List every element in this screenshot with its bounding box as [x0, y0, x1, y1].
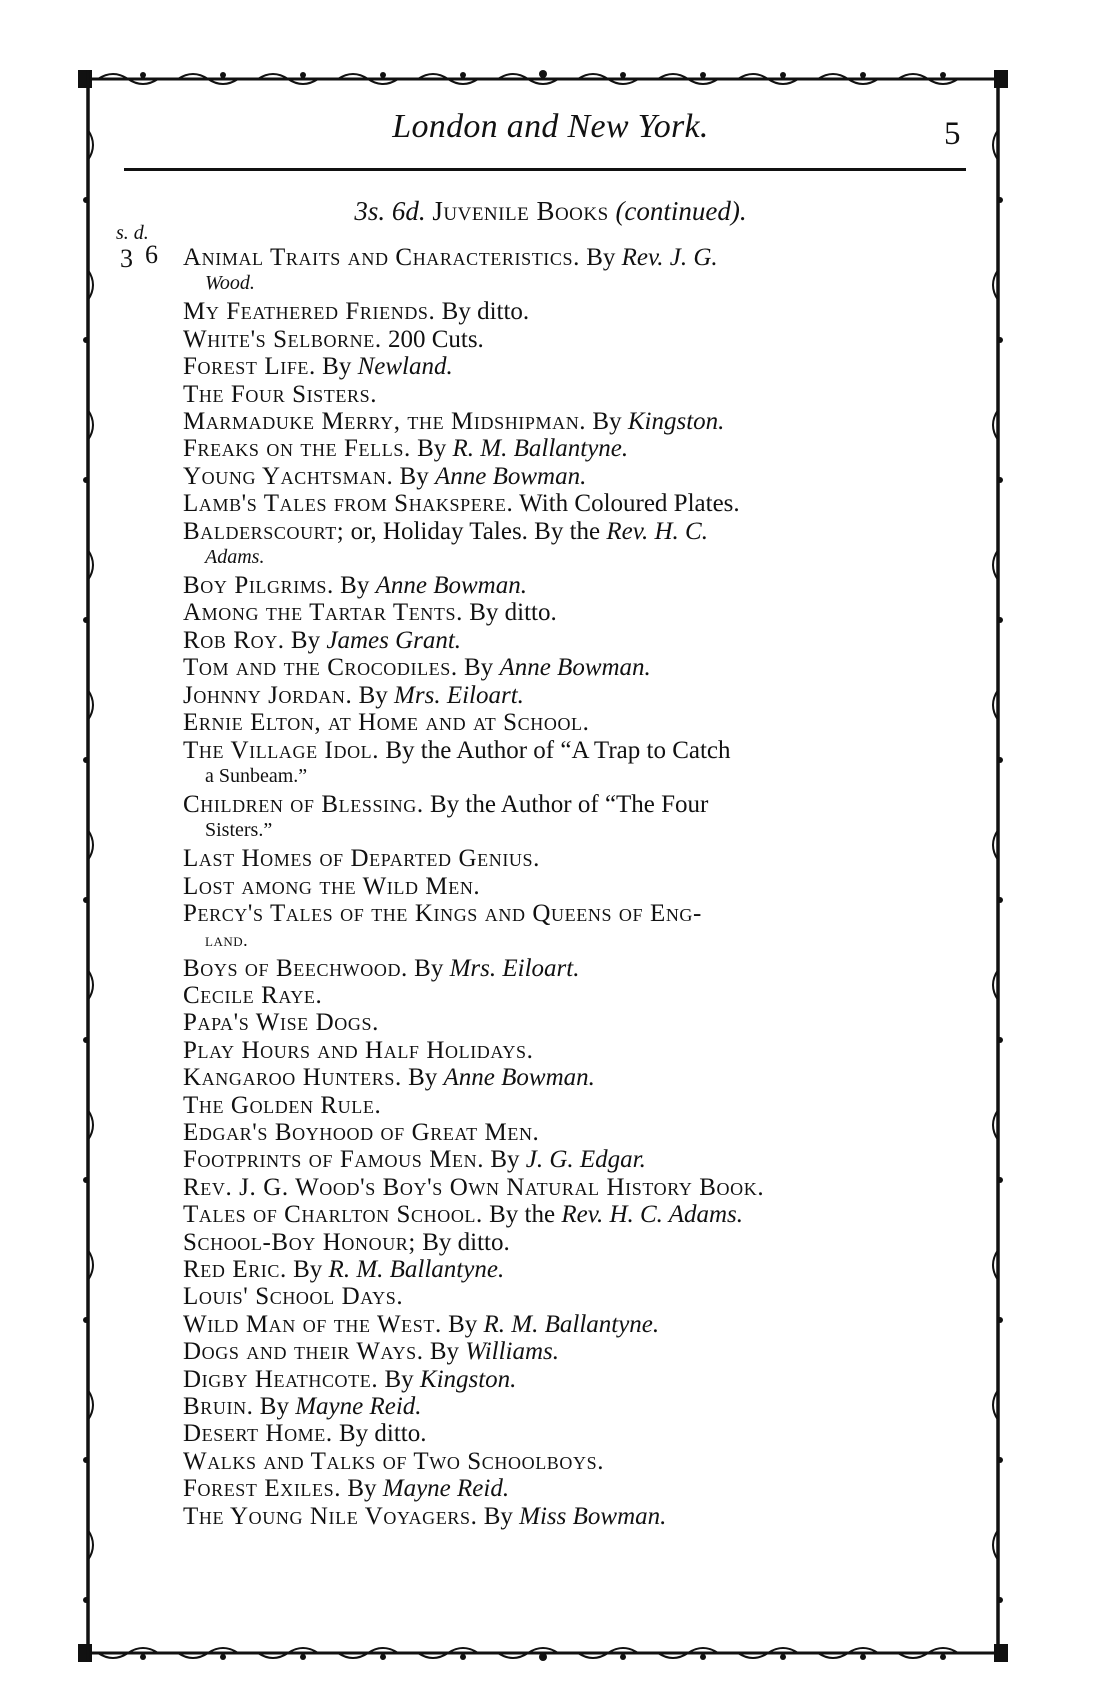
book-title: The Village Idol. — [183, 737, 379, 764]
book-note: By — [442, 1311, 484, 1338]
book-note: By — [334, 572, 376, 599]
book-title: Tales of Charlton School. — [183, 1201, 483, 1228]
book-title: Ernie Elton, at Home and at School. — [183, 709, 590, 736]
book-author: Kingston. — [420, 1366, 517, 1393]
book-author: Anne Bowman. — [435, 463, 586, 490]
book-author: Rev. H. C. Adams. — [561, 1201, 743, 1228]
book-title: The Four Sisters. — [183, 381, 377, 408]
list-item: Tom and the Crocodiles. By Anne Bowman. — [183, 654, 973, 681]
book-note: By — [285, 627, 327, 654]
book-note: By — [316, 353, 358, 380]
book-title: White's Selborne. — [183, 326, 382, 353]
book-note: By — [424, 1338, 466, 1365]
book-title: Desert Home. — [183, 1420, 333, 1447]
list-item: The Young Nile Voyagers. By Miss Bowman. — [183, 1503, 973, 1530]
book-title: Balderscourt; — [183, 518, 344, 545]
book-note: 200 Cuts. — [382, 326, 484, 353]
list-item: Rob Roy. By James Grant. — [183, 627, 973, 654]
list-item: Wild Man of the West. By R. M. Ballantyn… — [183, 1311, 973, 1338]
list-item: Balderscourt; or, Holiday Tales. By the … — [183, 518, 973, 569]
book-author: Anne Bowman. — [376, 572, 527, 599]
list-item: Johnny Jordan. By Mrs. Eiloart. — [183, 682, 973, 709]
list-item: Forest Life. By Newland. — [183, 353, 973, 380]
list-item: The Golden Rule. — [183, 1092, 973, 1119]
section-title: Juvenile Books — [432, 196, 608, 226]
vine-border-top-icon — [78, 70, 1008, 88]
list-item: Forest Exiles. By Mayne Reid. — [183, 1475, 973, 1502]
list-item: Bruin. By Mayne Reid. — [183, 1393, 973, 1420]
book-author: Mrs. Eiloart. — [394, 682, 524, 709]
price-pence: 6 — [145, 240, 158, 269]
book-author: J. G. Edgar. — [526, 1146, 646, 1173]
list-item: Boy Pilgrims. By Anne Bowman. — [183, 572, 973, 599]
vine-border-left-icon — [78, 70, 98, 1662]
book-continuation: Adams. — [183, 545, 973, 569]
book-note: By the — [483, 1201, 561, 1228]
book-title: Bruin. — [183, 1393, 254, 1420]
book-title: Walks and Talks of Two Schoolboys. — [183, 1448, 604, 1475]
list-item: Among the Tartar Tents. By ditto. — [183, 599, 973, 626]
book-continuation: Wood. — [183, 271, 973, 295]
book-author: Mrs. Eiloart. — [450, 955, 580, 982]
book-note: By — [458, 654, 500, 681]
book-author: Newland. — [358, 353, 453, 380]
book-continuation: a Sunbeam.” — [183, 764, 973, 788]
book-author: James Grant. — [326, 627, 461, 654]
book-note: By — [254, 1393, 296, 1420]
list-item: The Village Idol. By the Author of “A Tr… — [183, 737, 973, 788]
book-title: Cecile Raye. — [183, 982, 322, 1009]
book-author: Rev. H. C. — [606, 518, 708, 545]
list-item: Edgar's Boyhood of Great Men. — [183, 1119, 973, 1146]
book-note: By — [352, 682, 394, 709]
list-item: Walks and Talks of Two Schoolboys. — [183, 1448, 973, 1475]
book-title: Percy's Tales of the Kings and Queens of… — [183, 900, 702, 927]
section-heading: 3s. 6d. Juvenile Books (continued). — [0, 196, 1101, 227]
list-item: Tales of Charlton School. By the Rev. H.… — [183, 1201, 973, 1228]
book-title: Footprints of Famous Men. — [183, 1146, 484, 1173]
list-item: Play Hours and Half Holidays. — [183, 1037, 973, 1064]
list-item: Marmaduke Merry, the Midshipman. By King… — [183, 408, 973, 435]
price-value: 36 — [120, 244, 158, 274]
book-title: Tom and the Crocodiles. — [183, 654, 458, 681]
book-note: By — [580, 244, 622, 271]
book-author: Anne Bowman. — [444, 1064, 595, 1091]
list-item: Freaks on the Fells. By R. M. Ballantyne… — [183, 435, 973, 462]
book-title: Boy Pilgrims. — [183, 572, 334, 599]
book-note: By — [484, 1146, 526, 1173]
book-note: With Coloured Plates. — [513, 490, 739, 517]
book-note: By — [287, 1256, 329, 1283]
book-title: Red Eric. — [183, 1256, 287, 1283]
book-author: Miss Bowman. — [519, 1503, 666, 1530]
book-author: Mayne Reid. — [295, 1393, 421, 1420]
list-item: Ernie Elton, at Home and at School. — [183, 709, 973, 736]
book-title: Forest Exiles. — [183, 1475, 341, 1502]
list-item: Dogs and their Ways. By Williams. — [183, 1338, 973, 1365]
book-note: By — [341, 1475, 383, 1502]
book-title: The Golden Rule. — [183, 1092, 381, 1119]
book-title: Dogs and their Ways. — [183, 1338, 424, 1365]
list-item: Louis' School Days. — [183, 1283, 973, 1310]
book-title: School-Boy Honour; — [183, 1229, 416, 1256]
book-title: Rev. J. G. Wood's Boy's Own Natural Hist… — [183, 1174, 764, 1201]
running-title: London and New York. — [0, 108, 1101, 146]
list-item: Last Homes of Departed Genius. — [183, 845, 973, 872]
list-item: Animal Traits and Characteristics. By Re… — [183, 244, 973, 295]
book-title: Kangaroo Hunters. — [183, 1064, 402, 1091]
book-note: By the Author of “A Trap to Catch — [379, 737, 730, 764]
book-title: Digby Heathcote. — [183, 1366, 378, 1393]
book-continuation: Sisters.” — [183, 818, 973, 842]
book-note: By ditto. — [463, 599, 557, 626]
list-item: My Feathered Friends. By ditto. — [183, 298, 973, 325]
book-title: Children of Blessing. — [183, 791, 424, 818]
list-item: Children of Blessing. By the Author of “… — [183, 791, 973, 842]
book-title: Young Yachtsman. — [183, 463, 393, 490]
book-title: Animal Traits and Characteristics. — [183, 244, 580, 271]
book-note: By — [408, 955, 450, 982]
book-author: Kingston. — [628, 408, 725, 435]
list-item: Footprints of Famous Men. By J. G. Edgar… — [183, 1146, 973, 1173]
price-column-label: s. d. — [116, 222, 149, 245]
book-title: Rob Roy. — [183, 627, 285, 654]
book-title: Louis' School Days. — [183, 1283, 403, 1310]
book-note: or, Holiday Tales. By the — [344, 518, 606, 545]
book-title: Lamb's Tales from Shakspere. — [183, 490, 513, 517]
list-item: Desert Home. By ditto. — [183, 1420, 973, 1447]
book-title: Boys of Beechwood. — [183, 955, 408, 982]
list-item: Cecile Raye. — [183, 982, 973, 1009]
price-shillings: 3 — [120, 244, 133, 273]
list-item: Rev. J. G. Wood's Boy's Own Natural Hist… — [183, 1174, 973, 1201]
book-title: Last Homes of Departed Genius. — [183, 845, 540, 872]
list-item: Young Yachtsman. By Anne Bowman. — [183, 463, 973, 490]
list-item: Boys of Beechwood. By Mrs. Eiloart. — [183, 955, 973, 982]
section-continued: (continued). — [615, 196, 746, 226]
book-continuation: land. — [183, 928, 973, 952]
book-note: By ditto. — [416, 1229, 510, 1256]
book-author: Rev. J. G. — [622, 244, 718, 271]
book-author: R. M. Ballantyne. — [453, 435, 629, 462]
book-note: By — [411, 435, 453, 462]
list-item: The Four Sisters. — [183, 381, 973, 408]
book-author: R. M. Ballantyne. — [484, 1311, 660, 1338]
book-title: Papa's Wise Dogs. — [183, 1009, 379, 1036]
page-number: 5 — [944, 116, 961, 153]
vine-border-bottom-icon — [78, 1644, 1008, 1662]
book-note: By ditto. — [435, 298, 529, 325]
book-note: By — [586, 408, 628, 435]
book-author: Williams. — [465, 1338, 559, 1365]
list-item: Percy's Tales of the Kings and Queens of… — [183, 900, 973, 951]
section-price: 3s. 6d. — [354, 196, 425, 226]
list-item: White's Selborne. 200 Cuts. — [183, 326, 973, 353]
header-rule — [124, 168, 966, 171]
book-title: The Young Nile Voyagers. — [183, 1503, 477, 1530]
book-note: By the Author of “The Four — [424, 791, 709, 818]
book-author: Mayne Reid. — [383, 1475, 509, 1502]
book-title: My Feathered Friends. — [183, 298, 435, 325]
book-title: Marmaduke Merry, the Midshipman. — [183, 408, 586, 435]
vine-border-right-icon — [988, 70, 1008, 1662]
book-title: Forest Life. — [183, 353, 316, 380]
list-item: Red Eric. By R. M. Ballantyne. — [183, 1256, 973, 1283]
book-note: By — [393, 463, 435, 490]
list-item: Digby Heathcote. By Kingston. — [183, 1366, 973, 1393]
book-note: By ditto. — [333, 1420, 427, 1447]
book-note: By — [402, 1064, 444, 1091]
book-author: Anne Bowman. — [499, 654, 650, 681]
book-title: Freaks on the Fells. — [183, 435, 411, 462]
book-note: By — [477, 1503, 519, 1530]
book-title: Wild Man of the West. — [183, 1311, 442, 1338]
book-title: Among the Tartar Tents. — [183, 599, 463, 626]
book-list: Animal Traits and Characteristics. By Re… — [183, 244, 973, 1530]
list-item: Kangaroo Hunters. By Anne Bowman. — [183, 1064, 973, 1091]
book-author: R. M. Ballantyne. — [329, 1256, 505, 1283]
book-title: Edgar's Boyhood of Great Men. — [183, 1119, 539, 1146]
list-item: Papa's Wise Dogs. — [183, 1009, 973, 1036]
book-title: Johnny Jordan. — [183, 682, 352, 709]
book-note: By — [378, 1366, 420, 1393]
list-item: Lamb's Tales from Shakspere. With Colour… — [183, 490, 973, 517]
list-item: School-Boy Honour; By ditto. — [183, 1229, 973, 1256]
list-item: Lost among the Wild Men. — [183, 873, 973, 900]
book-title: Lost among the Wild Men. — [183, 873, 480, 900]
book-title: Play Hours and Half Holidays. — [183, 1037, 533, 1064]
